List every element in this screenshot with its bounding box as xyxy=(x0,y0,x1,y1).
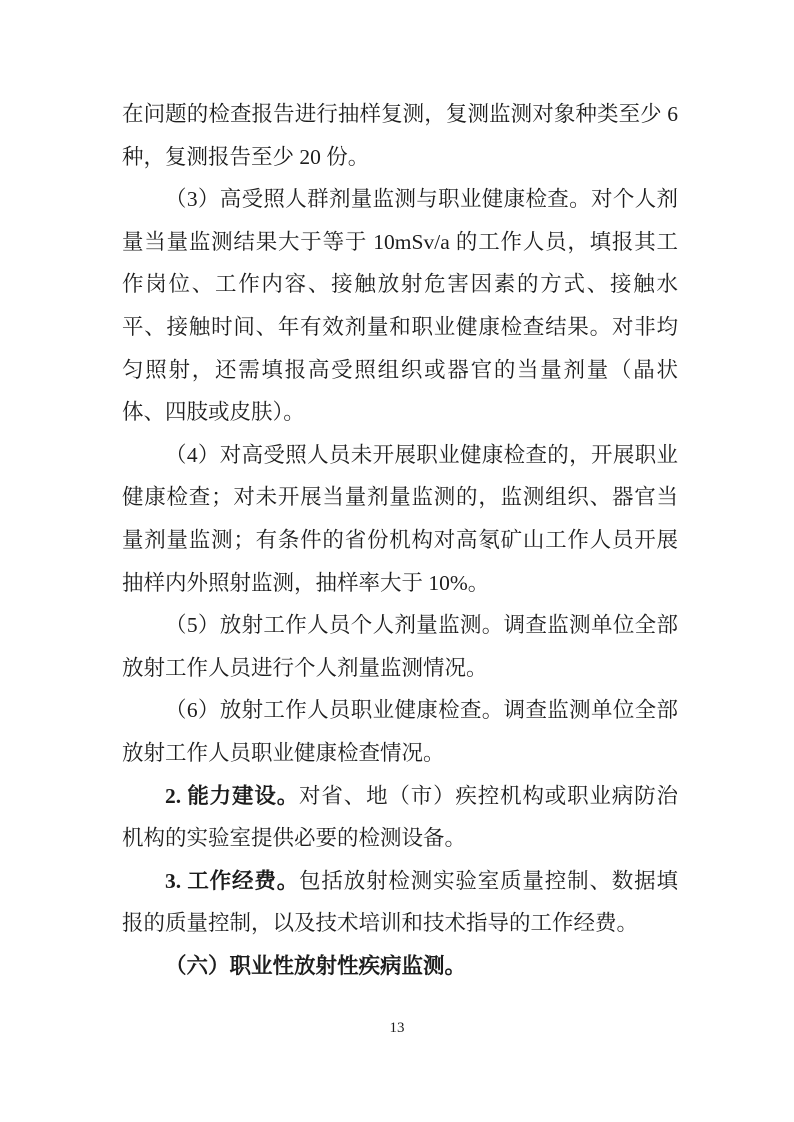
body-paragraph-item-6: （6）放射工作人员职业健康检查。调查监测单位全部放射工作人员职业健康检查情况。 xyxy=(122,689,678,774)
body-paragraph-item-5: （5）放射工作人员个人剂量监测。调查监测单位全部放射工作人员进行个人剂量监测情况… xyxy=(122,604,678,689)
body-paragraph-item-3: （3）高受照人群剂量监测与职业健康检查。对个人剂量当量监测结果大于等于 10mS… xyxy=(122,178,678,434)
paragraph-text: 在问题的检查报告进行抽样复测，复测监测对象种类至少 6 种，复测报告至少 20 … xyxy=(122,102,678,169)
page-number: 13 xyxy=(0,1020,794,1037)
paragraph-bold-heading: （六）职业性放射性疾病监测。 xyxy=(165,954,466,978)
body-paragraph-capability: 2. 能力建设。对省、地（市）疾控机构或职业病防治机构的实验室提供必要的检测设备… xyxy=(122,775,678,860)
body-paragraph-continuation: 在问题的检查报告进行抽样复测，复测监测对象种类至少 6 种，复测报告至少 20 … xyxy=(122,93,678,178)
paragraph-text: （4）对高受照人员未开展职业健康检查的，开展职业健康检查；对未开展当量剂量监测的… xyxy=(122,443,678,595)
paragraph-text: （5）放射工作人员个人剂量监测。调查监测单位全部放射工作人员进行个人剂量监测情况… xyxy=(122,613,678,680)
document-body: 在问题的检查报告进行抽样复测，复测监测对象种类至少 6 种，复测报告至少 20 … xyxy=(122,93,678,987)
section-heading-6: （六）职业性放射性疾病监测。 xyxy=(122,945,678,988)
body-paragraph-item-4: （4）对高受照人员未开展职业健康检查的，开展职业健康检查；对未开展当量剂量监测的… xyxy=(122,434,678,604)
paragraph-text: （3）高受照人群剂量监测与职业健康检查。对个人剂量当量监测结果大于等于 10mS… xyxy=(122,187,678,424)
body-paragraph-funding: 3. 工作经费。包括放射检测实验室质量控制、数据填报的质量控制，以及技术培训和技… xyxy=(122,860,678,945)
paragraph-bold-heading: 2. 能力建设。 xyxy=(165,784,299,808)
paragraph-text: （6）放射工作人员职业健康检查。调查监测单位全部放射工作人员职业健康检查情况。 xyxy=(122,698,678,765)
paragraph-bold-heading: 3. 工作经费。 xyxy=(165,869,299,893)
document-page: 在问题的检查报告进行抽样复测，复测监测对象种类至少 6 种，复测报告至少 20 … xyxy=(0,0,794,1122)
